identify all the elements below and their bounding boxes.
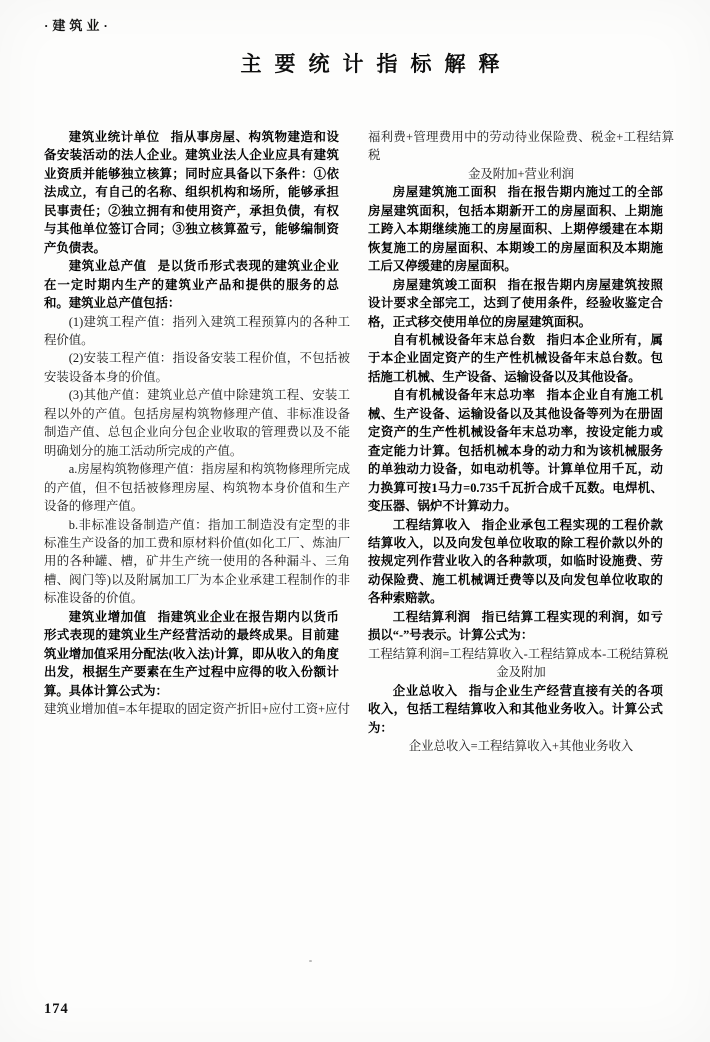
- indicator-paragraph: 建筑业总产值是以货币形式表现的建筑业企业在一定时期内生产的建筑业产品和提供的服务…: [44, 257, 350, 312]
- paragraph-text: (2)安装工程产值：指设备安装工程价值，不包括被安装设备本身的价值。: [44, 351, 350, 383]
- indicator-paragraph: 工程结算收入指企业承包工程实现的工程价款结算收入，以及向发包单位收取的除工程价款…: [368, 516, 674, 608]
- paragraph-text: 建筑业增加值=本年提取的固定资产折旧+应付工资+应付: [44, 702, 350, 716]
- sub-item-paragraph: b.非标准设备制造产值：指加工制造没有定型的非标准生产设备的加工费和原材料价值(…: [44, 516, 350, 608]
- paragraph-text: 指从事房屋、构筑物建造和设备安装活动的法人企业。建筑业法人企业应具有建筑业资质并…: [44, 130, 339, 255]
- paragraph-text: 企业总收入=工程结算收入+其他业务收入: [409, 739, 634, 753]
- indicator-paragraph: 建筑业统计单位指从事房屋、构筑物建造和设备安装活动的法人企业。建筑业法人企业应具…: [44, 128, 350, 257]
- formula-line: 金及附加: [368, 663, 674, 681]
- indicator-paragraph: 房屋建筑施工面积指在报告期内施过工的全部房屋建筑面积，包括本期新开工的房屋面积、…: [368, 183, 674, 275]
- paragraph-text: (1)建筑工程产值：指列入建筑工程预算内的各种工程价值。: [44, 315, 350, 347]
- indicator-paragraph: 工程结算利润指已结算工程实现的利润，如亏损以“-”号表示。计算公式为：: [368, 608, 674, 645]
- formula-line: 福利费+管理费用中的劳动待业保险费、税金+工程结算税: [368, 128, 674, 165]
- document-page: ·建筑业· 主要统计指标解释 建筑业统计单位指从事房屋、构筑物建造和设备安装活动…: [0, 0, 710, 1042]
- indicator-term: 房屋建筑竣工面积: [393, 278, 508, 292]
- paragraph-text: a.房屋构筑物修理产值：指房屋和构筑物修理所完成的产值，但不包括被修理房屋、构筑…: [44, 462, 350, 513]
- sub-item-paragraph: (2)安装工程产值：指设备安装工程价值，不包括被安装设备本身的价值。: [44, 349, 350, 386]
- paragraph-text: b.非标准设备制造产值：指加工制造没有定型的非标准生产设备的加工费和原材料价值(…: [44, 518, 350, 606]
- paragraph-text: 工程结算利润=工程结算收入-工程结算成本-工税结算税: [368, 647, 668, 661]
- right-column: 福利费+管理费用中的劳动待业保险费、税金+工程结算税金及附加+营业利润房屋建筑施…: [368, 128, 674, 755]
- formula-line: 企业总收入=工程结算收入+其他业务收入: [368, 737, 674, 755]
- indicator-term: 建筑业统计单位: [69, 130, 171, 144]
- indicator-term: 建筑业增加值: [69, 610, 158, 624]
- indicator-term: 自有机械设备年末总功率: [393, 388, 547, 402]
- indicator-paragraph: 自有机械设备年末总台数指归本企业所有，属于本企业固定资产的生产性机械设备年末总台…: [368, 331, 674, 386]
- formula-line: 金及附加+营业利润: [368, 165, 674, 183]
- indicator-term: 工程结算收入: [393, 518, 482, 532]
- formula-line: 建筑业增加值=本年提取的固定资产折旧+应付工资+应付: [44, 700, 350, 718]
- sub-item-paragraph: (3)其他产值：建筑业总产值中除建筑工程、安装工程以外的产值。包括房屋构筑物修理…: [44, 386, 350, 460]
- indicator-paragraph: 企业总收入指与企业生产经营直接有关的各项收入，包括工程结算收入和其他业务收入。计…: [368, 682, 674, 737]
- page-title: 主要统计指标解释: [30, 48, 710, 78]
- two-column-text-block: 建筑业统计单位指从事房屋、构筑物建造和设备安装活动的法人企业。建筑业法人企业应具…: [44, 128, 674, 755]
- sub-item-paragraph: (1)建筑工程产值：指列入建筑工程预算内的各种工程价值。: [44, 313, 350, 350]
- formula-line: 工程结算利润=工程结算收入-工程结算成本-工税结算税: [368, 645, 674, 663]
- indicator-term: 房屋建筑施工面积: [393, 185, 508, 199]
- page-number: 174: [44, 1001, 69, 1018]
- indicator-term: 建筑业总产值: [69, 259, 158, 273]
- indicator-term: 自有机械设备年末总台数: [393, 333, 547, 347]
- sub-item-paragraph: a.房屋构筑物修理产值：指房屋和构筑物修理所完成的产值，但不包括被修理房屋、构筑…: [44, 460, 350, 515]
- left-column: 建筑业统计单位指从事房屋、构筑物建造和设备安装活动的法人企业。建筑业法人企业应具…: [44, 128, 350, 755]
- indicator-term: 工程结算利润: [393, 610, 482, 624]
- indicator-term: 企业总收入: [393, 684, 469, 698]
- paragraph-text: 金及附加+营业利润: [468, 167, 574, 181]
- paragraph-text: 福利费+管理费用中的劳动待业保险费、税金+工程结算税: [368, 130, 674, 162]
- paragraph-text: (3)其他产值：建筑业总产值中除建筑工程、安装工程以外的产值。包括房屋构筑物修理…: [44, 388, 350, 457]
- indicator-paragraph: 房屋建筑竣工面积指在报告期内房屋建筑按照设计要求全部完工，达到了使用条件，经验收…: [368, 276, 674, 331]
- scan-artifact-dot: [309, 960, 312, 962]
- indicator-paragraph: 建筑业增加值指建筑业企业在报告期内以货币形式表现的建筑业生产经营活动的最终成果。…: [44, 608, 350, 700]
- section-label: ·建筑业·: [44, 15, 112, 34]
- indicator-paragraph: 自有机械设备年末总功率指本企业自有施工机械、生产设备、运输设备以及其他设备等列为…: [368, 386, 674, 515]
- paragraph-text: 金及附加: [496, 665, 546, 679]
- paragraph-text: 指本企业自有施工机械、生产设备、运输设备以及其他设备等列为在册固定资产的生产性机…: [368, 388, 663, 513]
